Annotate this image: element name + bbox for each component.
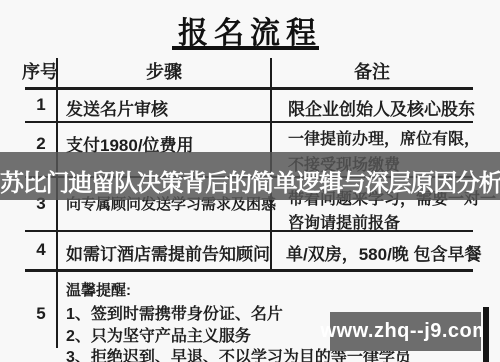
row2-remark-line1: 一律提前办理，席位有限， xyxy=(288,126,480,149)
row5-note-title: 温馨提醒: xyxy=(66,279,131,300)
row4-bottom-line xyxy=(25,269,473,272)
row4-no: 4 xyxy=(25,240,57,260)
header-step: 步骤 xyxy=(58,61,270,83)
row4-remark: 单/双房，580/晚 包含早餐 xyxy=(286,240,482,265)
overlay-headline: 苏比门迪留队决策背后的简单逻辑与深层原因分析 xyxy=(0,163,500,198)
flyer-image: 报名流程 序号 步骤 备注 1 发送名片审核 限企业创始人及核心股东 2 支付1… xyxy=(0,0,500,362)
row2-no: 2 xyxy=(25,134,57,154)
row1-remark: 限企业创始人及核心股东 xyxy=(288,95,475,120)
row3-bottom-line xyxy=(25,230,473,232)
watermark-text: www.zhq--j9.com xyxy=(320,320,490,343)
row5-note-2: 2、只为坚守产品主义服务 xyxy=(66,323,251,346)
row1-step: 发送名片审核 xyxy=(66,95,168,120)
header-no: 序号 xyxy=(20,61,60,83)
title-underline xyxy=(172,46,319,50)
row4-step: 如需订酒店需提前告知顾问 xyxy=(66,240,270,265)
header-bottom-line xyxy=(25,87,473,90)
row5-no: 5 xyxy=(25,304,57,324)
row3-remark-line2: 咨询请提前报备 xyxy=(288,210,400,233)
row1-bottom-line xyxy=(25,121,473,123)
row5-note-1: 1、签到时需携带身份证、名片 xyxy=(66,301,283,324)
row1-no: 1 xyxy=(25,95,57,115)
header-remark: 备注 xyxy=(272,61,472,83)
watermark-side-bar xyxy=(483,307,489,362)
watermark-box: www.zhq--j9.com xyxy=(330,312,481,351)
